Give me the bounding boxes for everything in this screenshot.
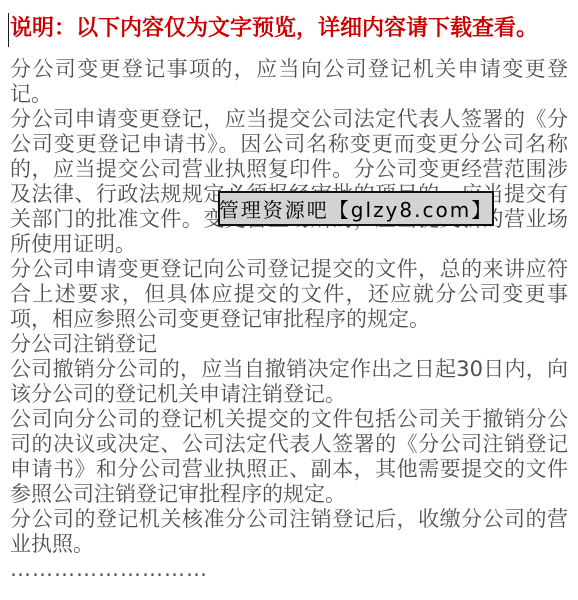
paragraph: 公司撤销分公司的，应当自撤销决定作出之日起30日内，向该分公司的登记机关申请注销… xyxy=(10,357,568,407)
watermark-badge: 管理资源吧【glzy8.com】 xyxy=(218,191,494,226)
paragraph: 分公司的登记机关核准分公司注销登记后，收缴分公司的营业执照。 xyxy=(10,507,568,557)
paragraph: 分公司申请变更登记，应当提交公司法定代表人签署的《分公司变更登记申请书》。因公司… xyxy=(10,107,568,257)
preview-notice: 说明：以下内容仅为文字预览，详细内容请下载查看。 xyxy=(10,13,568,45)
text-cursor xyxy=(8,13,9,47)
paragraph: 分公司申请变更登记向公司登记提交的文件，总的来讲应符合上述要求，但具体应提交的文… xyxy=(10,257,568,332)
paragraph: 分公司变更登记事项的，应当向公司登记机关申请变更登记。 xyxy=(10,57,568,107)
document-body: 分公司变更登记事项的，应当向公司登记机关申请变更登记。 分公司申请变更登记，应当… xyxy=(10,57,568,582)
document-preview-page: 说明：以下内容仅为文字预览，详细内容请下载查看。 分公司变更登记事项的，应当向公… xyxy=(0,0,578,600)
section-heading: 分公司注销登记 xyxy=(10,332,568,357)
truncation-ellipsis: ……………………… xyxy=(10,557,568,582)
paragraph: 公司向分公司的登记机关提交的文件包括公司关于撤销分公司的决议或决定、公司法定代表… xyxy=(10,407,568,507)
